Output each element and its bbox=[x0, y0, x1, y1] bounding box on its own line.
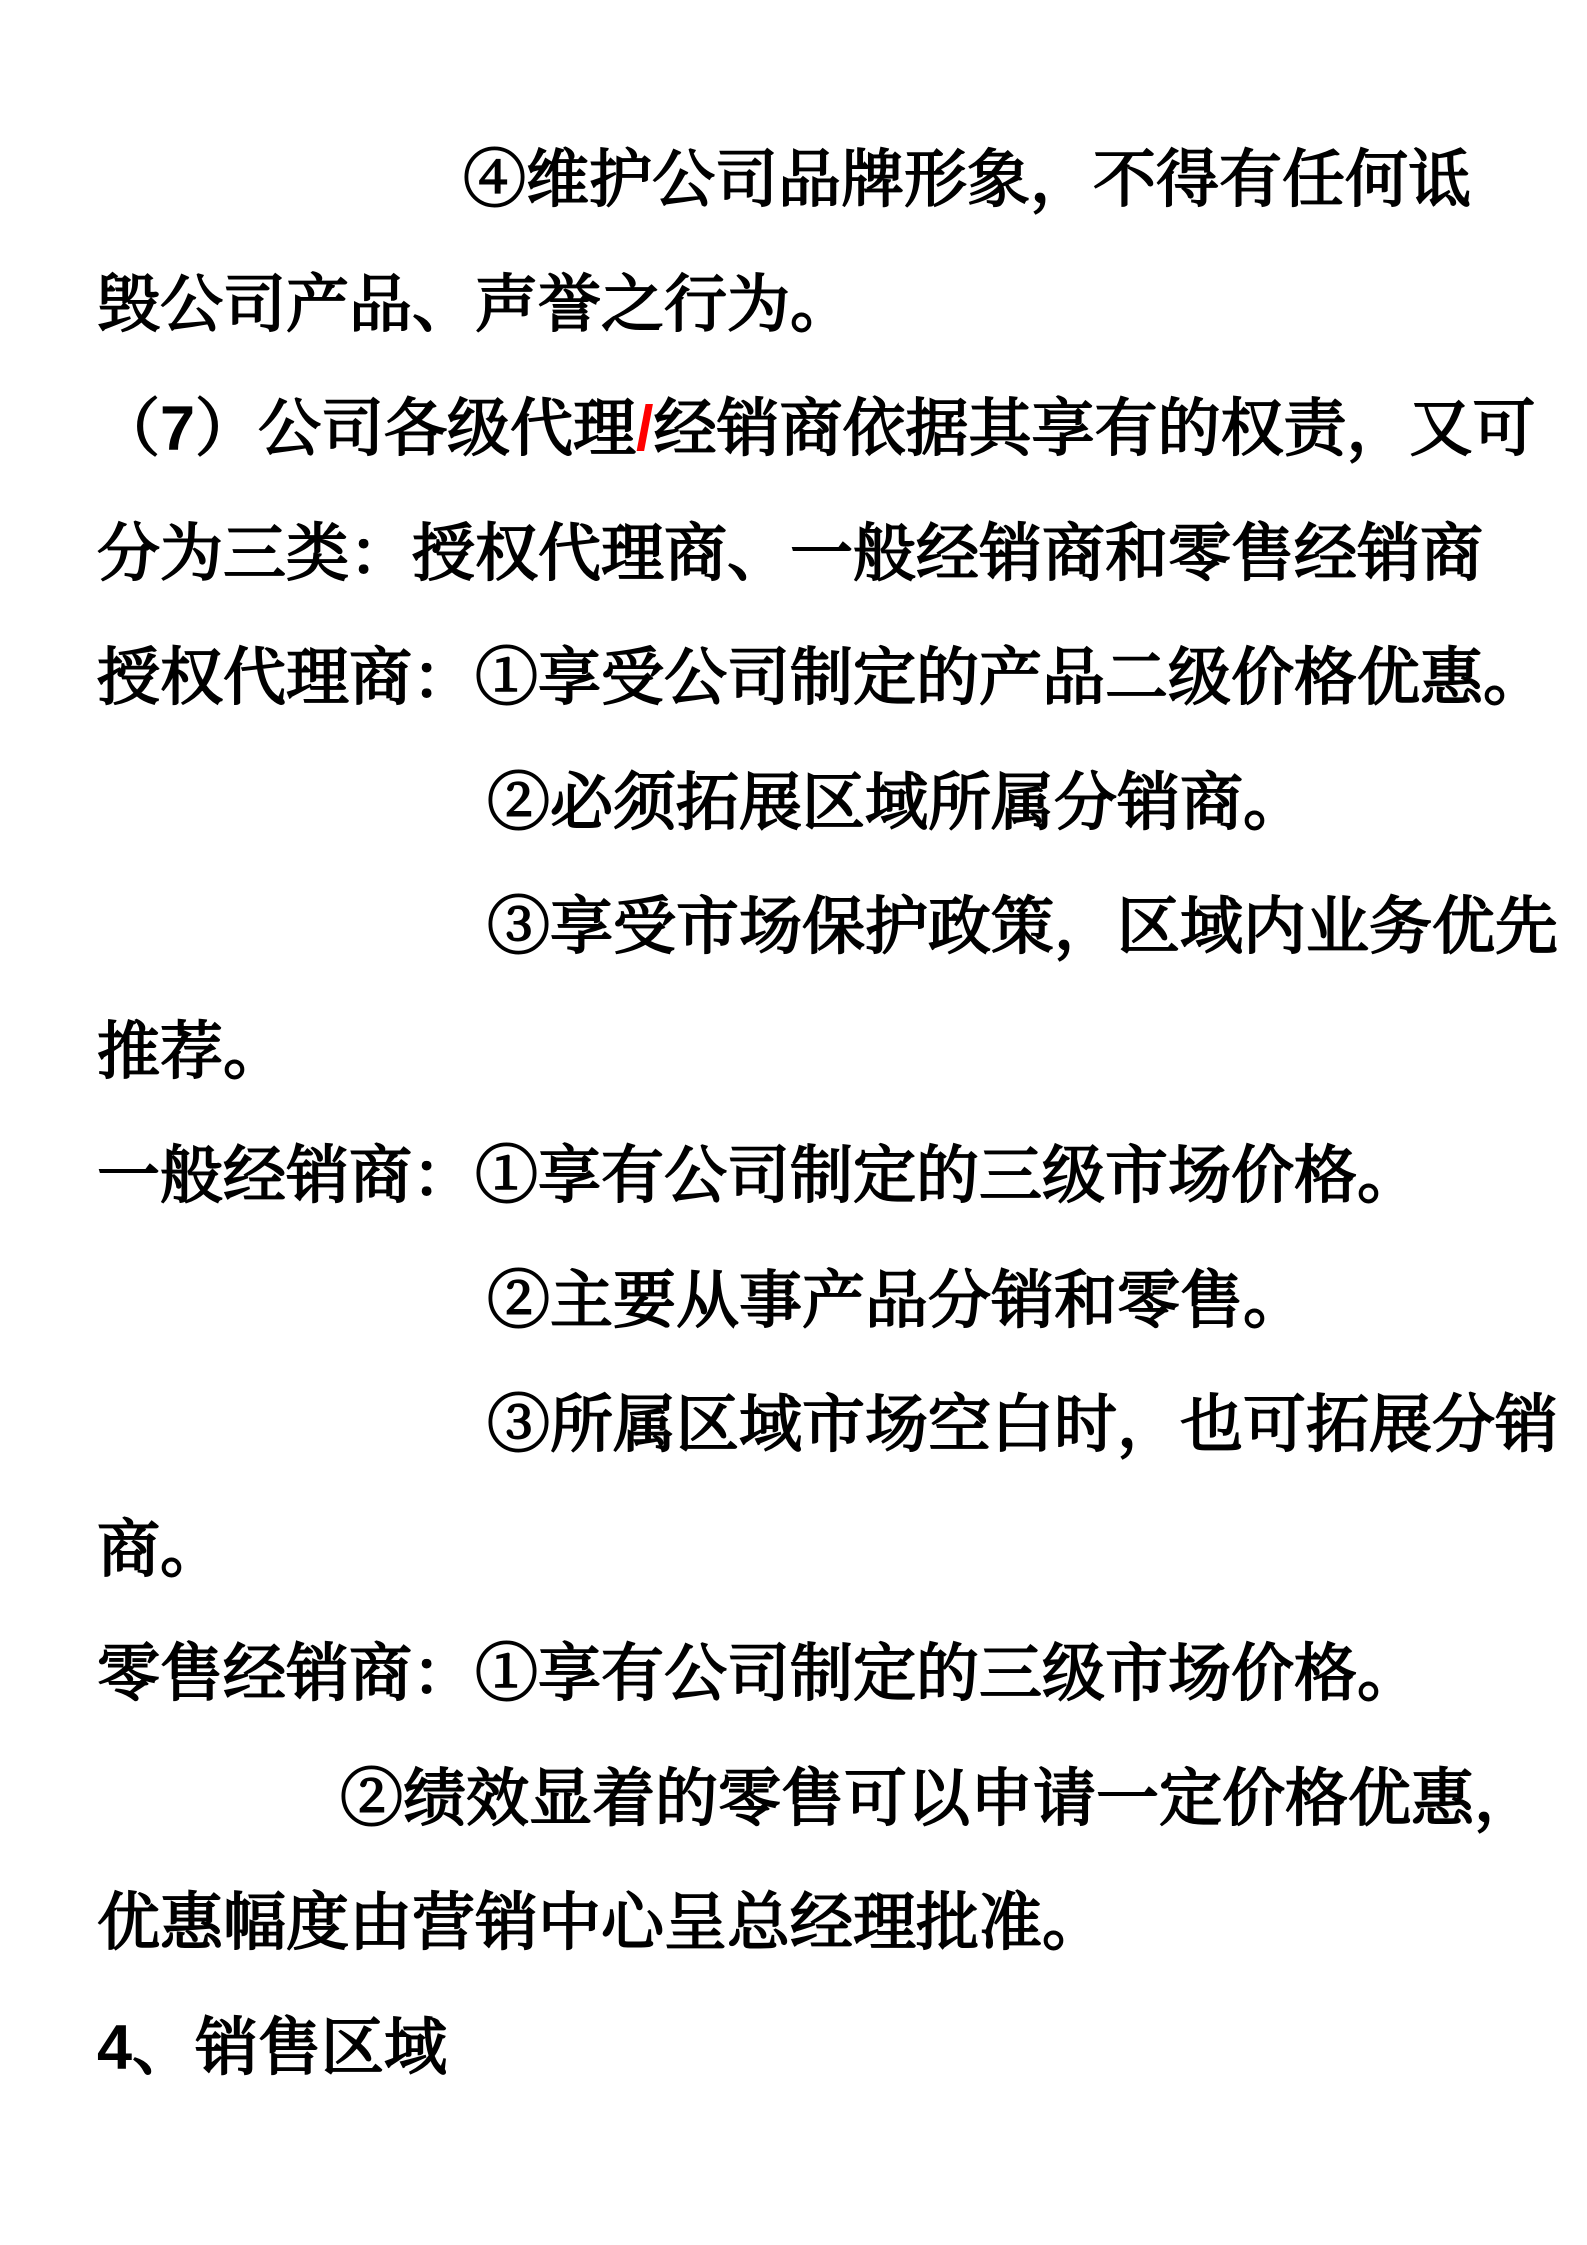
text-line: 零售经销商：①享有公司制定的三级市场价格。 bbox=[97, 1612, 1547, 1737]
text-line: 授权代理商：①享受公司制定的产品二级价格优惠。 bbox=[97, 616, 1547, 741]
text-segment: 零售经销商：①享有公司制定的三级市场价格。 bbox=[97, 1639, 1420, 1709]
text-line: 4、销售区域 bbox=[97, 1986, 1547, 2111]
text-segment: 推荐。 bbox=[97, 1017, 286, 1087]
text-line: 商。 bbox=[97, 1488, 1547, 1613]
text-segment: 4、销售区域 bbox=[97, 2013, 447, 2083]
text-segment: 商。 bbox=[97, 1515, 223, 1585]
text-line: 分为三类：授权代理商、一般经销商和零售经销商 bbox=[97, 492, 1547, 617]
text-segment: 优惠幅度由营销中心呈总经理批准。 bbox=[97, 1888, 1105, 1958]
text-line: ②必须拓展区域所属分销商。 bbox=[97, 741, 1547, 866]
text-segment: ②绩效显着的零售可以申请一定价格优惠， bbox=[340, 1764, 1537, 1834]
text-segment: ④维护公司品牌形象，不得有任何诋 bbox=[463, 145, 1471, 215]
text-line: ③所属区域市场空白时，也可拓展分销 bbox=[97, 1363, 1547, 1488]
red-slash-text: / bbox=[636, 394, 654, 464]
text-line: 优惠幅度由营销中心呈总经理批准。 bbox=[97, 1861, 1547, 1986]
text-line: ②绩效显着的零售可以申请一定价格优惠， bbox=[97, 1737, 1547, 1862]
text-line: ③享受市场保护政策，区域内业务优先 bbox=[97, 865, 1547, 990]
text-line: 一般经销商：①享有公司制定的三级市场价格。 bbox=[97, 1114, 1547, 1239]
text-line: （7）公司各级代理/经销商依据其享有的权责，又可 bbox=[97, 367, 1547, 492]
text-line: 毁公司产品、声誉之行为。 bbox=[97, 243, 1547, 368]
text-line: ②主要从事产品分销和零售。 bbox=[97, 1239, 1547, 1364]
text-segment: 一般经销商：①享有公司制定的三级市场价格。 bbox=[97, 1141, 1420, 1211]
text-segment: 授权代理商：①享受公司制定的产品二级价格优惠。 bbox=[97, 643, 1546, 713]
document-body: ④维护公司品牌形象，不得有任何诋毁公司产品、声誉之行为。（7）公司各级代理/经销… bbox=[97, 118, 1547, 2110]
text-segment: 分为三类：授权代理商、一般经销商和零售经销商 bbox=[97, 519, 1483, 589]
text-line: 推荐。 bbox=[97, 990, 1547, 1115]
text-segment: 毁公司产品、声誉之行为。 bbox=[97, 270, 853, 340]
text-segment: （7）公司各级代理 bbox=[97, 394, 636, 464]
text-segment: ③享受市场保护政策，区域内业务优先 bbox=[487, 892, 1558, 962]
document-page: ④维护公司品牌形象，不得有任何诋毁公司产品、声誉之行为。（7）公司各级代理/经销… bbox=[0, 0, 1587, 2245]
text-segment: ②必须拓展区域所属分销商。 bbox=[487, 768, 1306, 838]
text-segment: 经销商依据其享有的权责，又可 bbox=[654, 394, 1536, 464]
text-segment: ③所属区域市场空白时，也可拓展分销 bbox=[487, 1390, 1558, 1460]
text-line: ④维护公司品牌形象，不得有任何诋 bbox=[97, 118, 1547, 243]
text-segment: ②主要从事产品分销和零售。 bbox=[487, 1266, 1306, 1336]
